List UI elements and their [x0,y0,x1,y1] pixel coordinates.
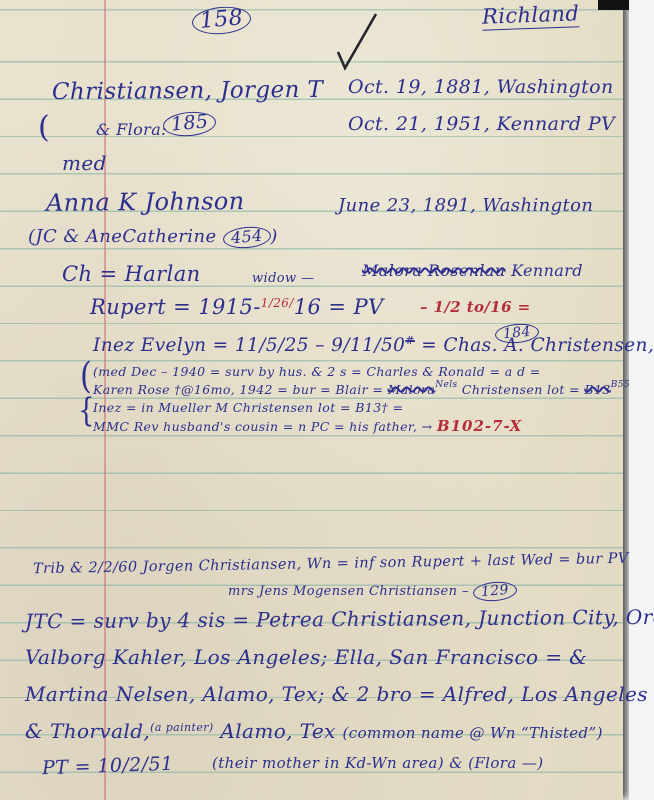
rupert-red-correction: 1/26/ [261,296,294,310]
rupert-burial: 16 = PV [294,295,384,319]
karen-rose-text: Karen Rose †@16mo, 1942 = bur = Blair = [93,382,383,397]
spouse-parents-close: ) [270,226,277,247]
rupert-dates: Rupert = 1915- [90,295,261,319]
note2-lot-text: Christensen lot = [462,382,580,397]
note4-text: MMC Rev husband's cousin = n PC = his fa… [93,419,433,434]
page-number-badge: 158 [192,7,251,34]
spouse-parents-ref: 454 [222,225,271,250]
inez-note-1: (med Dec – 1940 = surv by hus. & 2 s = C… [93,366,541,379]
widow-place: Kennard [511,261,583,280]
spouse-parents-text: (JC & AneCatherine [28,226,217,247]
note2-correction: Nels [435,380,457,390]
obit-line-3: Martina Nelsen, Alamo, Tex; & 2 bro = Al… [25,684,654,704]
common-name-note: (common name @ Wn “Thisted”) [343,724,603,742]
flora-label: & Flora: [96,122,167,138]
flora-ref-badge: 185 [163,112,216,136]
location-heading: Richland [482,3,580,27]
spouse-birth-date: June 23, 1891, Washington [338,197,593,215]
spouse-parents: (JC & AneCatherine 454) [28,227,278,248]
pt-note: (their mother in Kd-Wn area) & (Flora —) [212,756,544,771]
thorvald-text: & Thorvald, [25,719,150,743]
married-label: med [62,153,107,173]
inez-note-2: Karen Rose †@16mo, 1942 = bur = Blair = … [93,384,630,397]
widow-note: widow — [252,272,315,285]
inez-note-3: Inez = in Mueller M Christensen lot = B1… [93,402,403,415]
death-date: Oct. 21, 1951, Kennard PV [348,115,615,134]
obit-line-2: Valborg Kahler, Los Angeles; Ella, San F… [25,647,587,667]
mrs-jens-text: mrs Jens Mogensen Christiansen – [228,584,469,599]
checkmark-icon [330,10,382,72]
thorvald-place: Alamo, Tex [220,719,335,743]
inez-dates: Inez Evelyn = 11/5/25 – 9/11/50 [93,335,405,356]
pt-date: PT = 10/2/51 [42,755,174,779]
obit-line-1: JTC = surv by 4 sis = Petrea Christianse… [25,607,654,632]
flora-ref: 185 [162,110,217,139]
open-paren: ( [38,113,50,143]
child-rupert: Rupert = 1915-1/26/16 = PV [90,297,384,318]
note2-lot-correction: B55 [611,380,630,390]
entry-name: Christiansen, Jorgen T [52,79,323,104]
scanner-background [629,0,654,800]
obit-line-4: & Thorvald,(a painter) Alamo, Tex (commo… [25,721,603,741]
page-number: 158 [191,4,252,36]
inez-note-4: MMC Rev husband's cousin = n PC = his fa… [93,419,522,434]
note2-struck-lot: B13 [584,382,610,397]
rupert-red-note: – 1/2 to/16 = [420,300,531,315]
scanned-genealogy-page: { "colors": { "ink": "#2d2f8e", "red_ink… [0,0,654,800]
obit-mrs-line: mrs Jens Mogensen Christiansen – 129 [228,582,517,601]
location-text: Richland [482,1,580,30]
inez-spouse: = Chas. A. Christensen, Kennard [421,335,654,356]
note4-red-ref: B102-7-X [437,417,522,435]
notes-brace-1: ( [80,359,92,395]
mrs-jens-ref: 129 [473,580,518,603]
painter-note: (a painter) [150,721,213,734]
child-inez: Inez Evelyn = 11/5/25 – 9/11/50# = Chas.… [93,337,654,356]
birth-date: Oct. 19, 1881, Washington [348,78,614,97]
spouse-name: Anna K Johnson [46,189,245,215]
widow-struck-name: Malora Rosenlau [362,261,506,280]
widow-name: Malora Rosenlau Kennard [362,263,583,279]
child-harlan: Ch = Harlan [62,264,201,285]
inez-struck-mark: # [405,334,415,347]
note2-struck-name: Malora [388,382,436,397]
